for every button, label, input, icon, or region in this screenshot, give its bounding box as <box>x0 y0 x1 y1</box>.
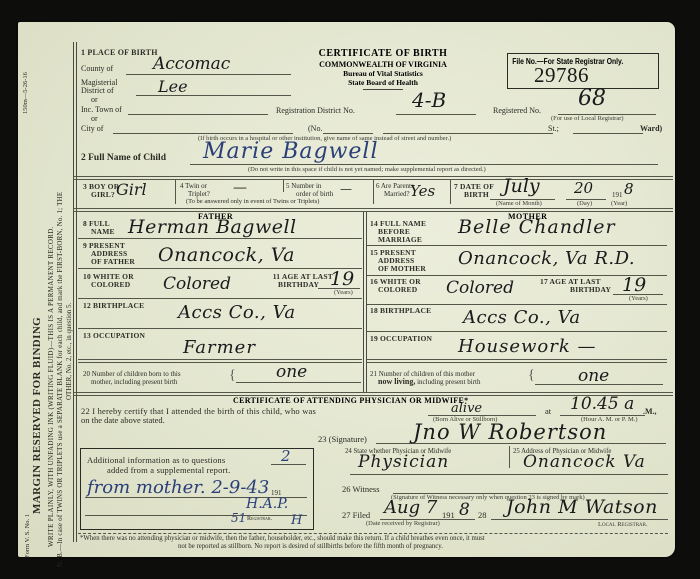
order-label-2: order of birth <box>296 190 333 198</box>
father-occupation-value: Farmer <box>183 337 256 358</box>
row-divider <box>73 208 673 212</box>
physician-signature: Jno W Robertson <box>413 420 607 444</box>
supplemental-note-value: from mother. 2-9-43 <box>87 477 269 498</box>
city-label: City of <box>81 124 103 133</box>
filed-date-value: Aug 7 <box>384 497 437 518</box>
document-title: CERTIFICATE OF BIRTH <box>288 48 478 59</box>
row-divider <box>367 359 667 363</box>
filed-year-suffix: 8 <box>459 500 470 520</box>
attendant-type-underline <box>350 474 668 475</box>
form-number: Form V. S. No. 1 <box>24 514 31 558</box>
mother-address-value: Onancock, Va R.D. <box>458 248 635 269</box>
twin-note: (To be answered only in event of Twins o… <box>186 198 319 205</box>
children-born-brace: { <box>229 368 236 384</box>
father-name-value: Herman Bagwell <box>128 216 297 238</box>
order-value: — <box>340 182 352 196</box>
father-birthplace-value: Accs Co., Va <box>178 302 296 323</box>
row-divider <box>78 268 362 269</box>
margin-instruction-3: OTHER, No. 2, etc., in question 5. <box>65 303 73 400</box>
ward-underline <box>573 133 643 134</box>
registration-district-value: 4-B <box>412 88 446 112</box>
ward-label: Ward) <box>640 124 662 133</box>
dob-day-value: 20 <box>574 179 593 197</box>
mother-occupation-label: 19 OCCUPATION <box>370 335 432 343</box>
supplemental-info-box: Additional information as to questions 2… <box>80 448 314 530</box>
supplemental-question-value: 2 <box>281 447 291 465</box>
place-of-birth-heading: 1 PLACE OF BIRTH <box>81 49 158 57</box>
registered-number-value: 68 <box>578 86 606 111</box>
dob-year-suffix: 8 <box>624 180 634 198</box>
row-divider <box>78 238 362 239</box>
father-race-value: Colored <box>163 274 231 294</box>
supplemental-mark-right: H <box>291 513 302 528</box>
birth-certificate-page: Form V. S. No. 1 150m—5-26-16 MARGIN RES… <box>18 22 675 557</box>
row-divider <box>367 331 667 332</box>
children-born-label-1: 20 Number of children born to this <box>83 370 181 378</box>
supplemental-initials-underline <box>85 515 307 516</box>
issuer-board: State Board of Health <box>288 78 478 87</box>
mother-age-value: 19 <box>622 274 646 296</box>
registration-district-underline <box>396 114 476 115</box>
supplemental-mark-left: 51 <box>231 511 246 525</box>
dob-month-value: July <box>503 175 540 197</box>
father-age-value: 19 <box>330 268 354 290</box>
cell-divider <box>175 180 176 204</box>
registrar-number-label: 28 <box>478 510 487 520</box>
children-living-label-2: now living, including present birth <box>378 378 480 386</box>
dob-year-prefix: 191 <box>612 191 623 199</box>
mother-birthplace-label: 18 BIRTHPLACE <box>370 307 431 315</box>
form-left-border <box>73 42 77 542</box>
father-name-label-2: NAME <box>91 228 115 236</box>
footnote-divider <box>78 533 668 534</box>
child-name-note: (Do not write in this space if child is … <box>248 166 486 173</box>
child-name-value: Marie Bagwell <box>203 139 379 164</box>
margin-binding-heading: MARGIN RESERVED FOR BINDING <box>31 317 43 514</box>
children-living-label-2b: including present birth <box>417 378 480 386</box>
married-label-2: Married? <box>384 190 410 198</box>
mother-race-label-2: COLORED <box>378 286 417 294</box>
children-born-value: one <box>276 362 307 382</box>
footnote-line-1: *When there was no attending physician o… <box>80 535 485 542</box>
order-label-1: 5 Number in <box>286 182 321 190</box>
dob-month-caption: (Name of Month) <box>496 200 542 207</box>
mother-age-caption: (Years) <box>629 295 648 302</box>
supplemental-text-2: added from a supplemental report. <box>107 465 230 475</box>
street-label: St.; <box>548 124 559 133</box>
or-label-1: or <box>91 95 98 104</box>
cell-divider <box>373 180 374 204</box>
row-divider <box>78 328 362 329</box>
now-living-emphasis: now living, <box>378 377 415 386</box>
mother-birthplace-value: Accs Co., Va <box>463 307 581 328</box>
county-label: County of <box>81 64 113 73</box>
registrar-underline <box>491 519 668 520</box>
form-print-code: 150m—5-26-16 <box>22 72 29 114</box>
margin-instruction-2: N. B.—In case of TWINS OR TRIPLETS use a… <box>56 192 64 567</box>
children-born-underline <box>236 382 361 383</box>
father-age-label-2: BIRTHDAY <box>278 281 319 289</box>
local-registrar-caption: Local Registrar. <box>598 521 648 528</box>
birth-status-value: alive <box>451 401 482 416</box>
registered-number-label: Registered No. <box>493 106 541 115</box>
document-title-block: CERTIFICATE OF BIRTH COMMONWEALTH OF VIR… <box>288 48 478 90</box>
county-value: Accomac <box>153 54 230 74</box>
street-underline <box>383 133 553 134</box>
time-suffix: .M., <box>643 407 657 416</box>
dob-year-caption: (Year) <box>611 200 627 207</box>
city-underline <box>113 133 293 134</box>
father-race-label-2: COLORED <box>91 281 130 289</box>
registration-district-label: Registration District No. <box>276 106 355 115</box>
street-number-underline <box>323 133 373 134</box>
filed-year-prefix: 191 <box>442 510 455 520</box>
father-birthplace-label: 12 BIRTHPLACE <box>83 302 144 310</box>
signature-label: 23 (Signature) <box>318 434 367 444</box>
supplemental-initials: H.A.P. <box>246 496 288 512</box>
married-label-1: 6 Are Parents <box>376 182 414 190</box>
file-number: 29786 <box>534 63 589 88</box>
children-living-value: one <box>578 366 609 386</box>
issuer-bureau: Bureau of Vital Statistics <box>288 69 478 78</box>
twin-label-1: 4 Twin or <box>180 182 207 190</box>
row-divider <box>78 298 362 299</box>
witness-label: 26 Witness <box>342 484 380 494</box>
dob-day-caption: (Day) <box>577 200 592 207</box>
cell-divider <box>450 180 451 204</box>
certify-text-2: on the date above stated. <box>81 415 165 425</box>
cell-divider <box>509 446 510 468</box>
attendant-heading: CERTIFICATE OF ATTENDING PHYSICIAN OR MI… <box>233 396 468 405</box>
mother-name-value: Belle Chandler <box>458 216 616 238</box>
mother-occupation-value: Housework — <box>458 336 597 357</box>
time-at-label: at <box>545 406 551 416</box>
married-value: Yes <box>410 182 435 200</box>
magisterial-label-2: District of <box>81 87 114 95</box>
father-address-label-3: OF FATHER <box>91 258 135 266</box>
time-value: 10.45 a <box>570 394 634 414</box>
dob-label-2: BIRTH <box>464 191 489 199</box>
filed-label: 27 Filed <box>342 510 370 520</box>
father-address-value: Onancock, Va <box>158 244 295 266</box>
father-occupation-label: 13 OCCUPATION <box>83 332 145 340</box>
footnote-line-2: not be reported as stillborn. No report … <box>178 543 443 550</box>
magisterial-value: Lee <box>158 77 188 96</box>
mother-race-value: Colored <box>446 278 514 298</box>
cell-divider <box>283 180 284 192</box>
supplemental-registrar-label: Registrar. <box>247 516 272 522</box>
twin-value: — <box>233 180 247 196</box>
inc-town-label: Inc. Town of <box>81 105 122 114</box>
mother-name-label-3: MARRIAGE <box>378 236 422 244</box>
sex-label-2: GIRL? <box>91 191 115 199</box>
children-living-brace: { <box>528 368 535 384</box>
title-rule <box>363 89 403 90</box>
sex-value: Girl <box>116 180 147 199</box>
street-number-label: (No. <box>308 124 322 133</box>
supplemental-text-1: Additional information as to questions <box>87 455 225 465</box>
row-divider <box>367 245 667 246</box>
attendant-type-value: Physician <box>358 452 449 472</box>
local-registrar-signature: John M Watson <box>506 496 658 518</box>
row-divider <box>367 304 667 305</box>
county-underline <box>126 74 291 75</box>
children-born-label-2: mother, including present birth <box>91 378 177 386</box>
town-underline <box>128 114 268 115</box>
file-number-box: File No.—For State Registrar Only. 29786 <box>507 53 659 89</box>
mother-address-label-3: OF MOTHER <box>378 265 426 273</box>
issuer-commonwealth: COMMONWEALTH OF VIRGINIA <box>288 60 478 69</box>
or-label-2: or <box>91 114 98 123</box>
row-divider <box>78 359 362 363</box>
attendant-address-value: Onancock Va <box>523 452 646 472</box>
filed-caption: (Date received by Registrar) <box>366 520 440 527</box>
child-name-underline <box>190 164 658 165</box>
local-registrar-note: (For use of Local Registrar) <box>551 115 624 122</box>
margin-instruction-1: WRITE PLAINLY, WITH UNFADING INK (WRITIN… <box>47 226 55 547</box>
father-age-caption: (Years) <box>334 289 353 296</box>
twin-label-2: Triplet? <box>188 190 210 198</box>
mother-age-label-2: BIRTHDAY <box>570 286 611 294</box>
child-name-label: 2 Full Name of Child <box>81 153 166 163</box>
parents-column-divider <box>363 212 367 392</box>
